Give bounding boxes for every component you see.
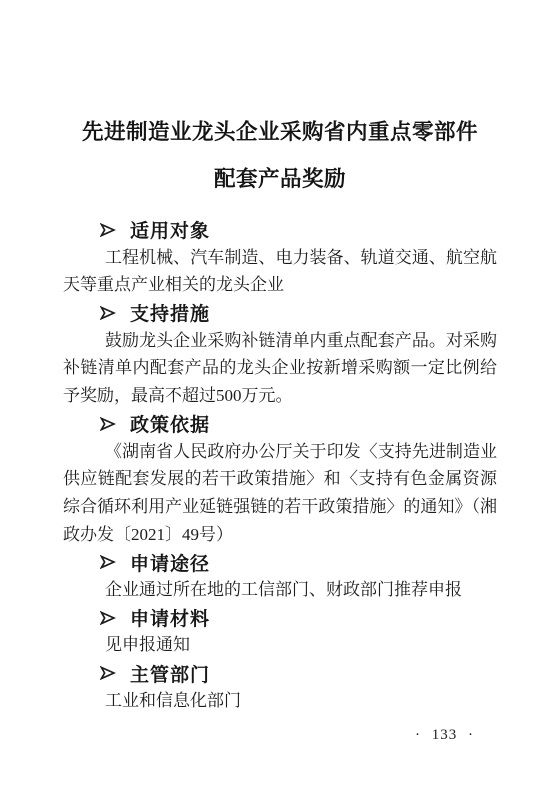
arrowhead-right-icon bbox=[100, 554, 116, 570]
page-title: 先进制造业龙头企业采购省内重点零部件 配套产品奖励 bbox=[63, 109, 497, 203]
section-heading-label: 主管部门 bbox=[130, 660, 210, 687]
arrowhead-right-icon bbox=[100, 665, 116, 681]
section-heading-applicable-targets: 适用对象 bbox=[63, 216, 497, 244]
arrowhead-right-icon bbox=[100, 416, 116, 432]
section-heading-application-materials: 申请材料 bbox=[63, 604, 497, 632]
page-number: · 133 · bbox=[415, 727, 474, 744]
section-paragraph: 工业和信息化部门 bbox=[63, 687, 497, 715]
section-paragraph: 见申报通知 bbox=[63, 631, 497, 659]
page-title-line-2: 配套产品奖励 bbox=[63, 156, 497, 203]
section-paragraph: 《湖南省人民政府办公厅关于印发〈支持先进制造业供应链配套发展的若干政策措施〉和〈… bbox=[63, 438, 497, 549]
arrowhead-right-icon bbox=[100, 222, 116, 238]
section-paragraph: 鼓励龙头企业采购补链清单内重点配套产品。对采购补链清单内配套产品的龙头企业按新增… bbox=[63, 327, 497, 410]
section-heading-label: 支持措施 bbox=[130, 299, 210, 326]
section-heading-label: 政策依据 bbox=[130, 410, 210, 437]
section-paragraph: 工程机械、汽车制造、电力装备、轨道交通、航空航天等重点产业相关的龙头企业 bbox=[63, 244, 497, 299]
section-heading-label: 申请途径 bbox=[130, 549, 210, 576]
page-title-line-1: 先进制造业龙头企业采购省内重点零部件 bbox=[63, 109, 497, 156]
document-page: 先进制造业龙头企业采购省内重点零部件 配套产品奖励 适用对象 工程机械、汽车制造… bbox=[0, 0, 559, 793]
section-heading-label: 适用对象 bbox=[130, 216, 210, 243]
arrowhead-right-icon bbox=[100, 305, 116, 321]
section-heading-label: 申请材料 bbox=[130, 604, 210, 631]
sections: 适用对象 工程机械、汽车制造、电力装备、轨道交通、航空航天等重点产业相关的龙头企… bbox=[63, 216, 497, 715]
arrowhead-right-icon bbox=[100, 610, 116, 626]
page-content: 先进制造业龙头企业采购省内重点零部件 配套产品奖励 适用对象 工程机械、汽车制造… bbox=[63, 0, 497, 715]
section-paragraph: 企业通过所在地的工信部门、财政部门推荐申报 bbox=[63, 576, 497, 604]
section-heading-competent-department: 主管部门 bbox=[63, 659, 497, 687]
section-heading-policy-basis: 政策依据 bbox=[63, 410, 497, 438]
section-heading-support-measures: 支持措施 bbox=[63, 299, 497, 327]
section-heading-application-channel: 申请途径 bbox=[63, 548, 497, 576]
